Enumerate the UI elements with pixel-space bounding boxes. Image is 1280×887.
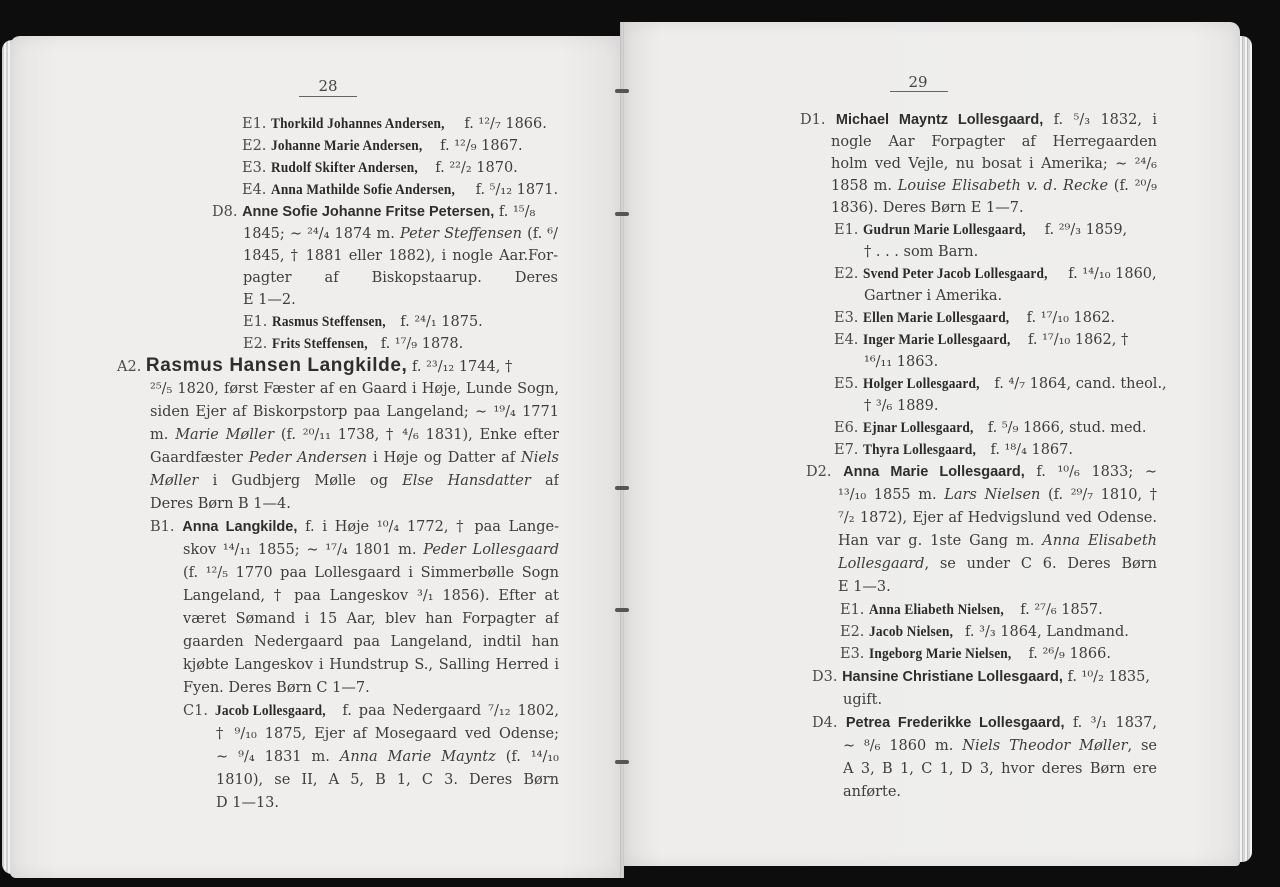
text-line: D 1—13. bbox=[216, 792, 279, 814]
entry-line: E1. Gudrun Marie Lollesgaard, f. ²⁹/₃ 18… bbox=[834, 219, 1127, 241]
binding-stitch bbox=[615, 212, 629, 216]
text-line: Han var g. 1ste Gang m. Anna Elisabeth bbox=[838, 530, 1157, 552]
text-line: 1836). Deres Børn E 1—7. bbox=[831, 197, 1024, 219]
text-line: ugift. bbox=[843, 689, 882, 711]
text-line: været Sømand i 15 Aar, blev han Forpagte… bbox=[183, 608, 559, 630]
page-number-rule bbox=[890, 91, 948, 92]
entry-line: D1. Michael Mayntz Lollesgaard, f. ⁵/₃ 1… bbox=[800, 109, 1157, 131]
entry-line: E7. Thyra Lollesgaard, f. ¹⁸/₄ 1867. bbox=[834, 439, 1073, 461]
text-line: kjøbte Langeskov i Hundstrup S., Salling… bbox=[183, 654, 559, 676]
text-line: ∼ ⁸/₆ 1860 m. Niels Theodor Møller, se bbox=[843, 735, 1157, 757]
entry-line: E6. Ejnar Lollesgaard, f. ⁵/₉ 1866, stud… bbox=[834, 417, 1146, 439]
book-gutter bbox=[620, 22, 624, 878]
text-line: gaarden Nedergaard paa Langeland, indtil… bbox=[183, 631, 559, 653]
binding-stitch bbox=[615, 608, 629, 612]
entry-line: E2. Jacob Nielsen, f. ³/₃ 1864, Landmand… bbox=[840, 621, 1129, 643]
binding-stitch bbox=[615, 89, 629, 93]
text-line: ¹⁶/₁₁ 1863. bbox=[864, 351, 938, 373]
entry-line: E2. Frits Steffensen, f. ¹⁷/₉ 1878. bbox=[243, 333, 463, 355]
text-line: E 1—3. bbox=[838, 576, 891, 598]
text-line: pagter af Biskopstaarup. Deres Børn bbox=[243, 267, 558, 289]
text-line: Langeland, † paa Langeskov ³/₁ 1856). Ef… bbox=[183, 585, 559, 607]
text-line: E 1—2. bbox=[243, 289, 296, 311]
text-line: holm ved Vejle, nu bosat i Amerika; ∼ ²⁴… bbox=[831, 153, 1157, 175]
text-line: 1858 m. Louise Elisabeth v. d. Recke (f.… bbox=[831, 175, 1157, 197]
text-line: m. Marie Møller (f. ²⁰/₁₁ 1738, † ⁴/₆ 18… bbox=[150, 424, 559, 446]
text-line: 1845; ∼ ²⁴/₄ 1874 m. Peter Steffensen (f… bbox=[243, 223, 558, 245]
text-line: ²⁵/₅ 1820, først Fæster af en Gaard i Hø… bbox=[150, 378, 559, 400]
entry-line: D2. Anna Marie Lollesgaard, f. ¹⁰/₆ 1833… bbox=[806, 461, 1157, 483]
text-line: nogle Aar Forpagter af Herregaarden Pete… bbox=[831, 131, 1157, 153]
text-line: skov ¹⁴/₁₁ 1855; ∼ ¹⁷/₄ 1801 m. Peder Lo… bbox=[183, 539, 559, 561]
open-book: 28 E1. Thorkild Johannes Andersen, f. ¹²… bbox=[0, 0, 1280, 887]
text-line: Gaardfæster Peder Andersen i Høje og Dat… bbox=[150, 447, 559, 469]
entry-line: B1. Anna Langkilde, f. i Høje ¹⁰/₄ 1772,… bbox=[150, 516, 559, 538]
entry-line: D8. Anne Sofie Johanne Fritse Petersen, … bbox=[212, 201, 535, 223]
entry-line: E2. Johanne Marie Andersen, f. ¹²/₉ 1867… bbox=[242, 135, 523, 157]
text-line: † ³/₆ 1889. bbox=[864, 395, 939, 417]
entry-line: E3. Ingeborg Marie Nielsen, f. ²⁶/₉ 1866… bbox=[840, 643, 1111, 665]
text-line: Fyen. Deres Børn C 1—7. bbox=[183, 677, 370, 699]
text-line: ⁷/₂ 1872), Ejer af Hedvigslund ved Odens… bbox=[838, 507, 1157, 529]
text-line: † ⁹/₁₀ 1875, Ejer af Mosegaard ved Odens… bbox=[216, 723, 559, 745]
text-line: Lollesgaard, se under C 6. Deres Børn bbox=[838, 553, 1157, 575]
text-line: Møller i Gudbjerg Mølle og Else Hansdatt… bbox=[150, 470, 559, 492]
entry-line: E1. Rasmus Steffensen, f. ²⁴/₁ 1875. bbox=[243, 311, 483, 333]
entry-line: D4. Petrea Frederikke Lollesgaard, f. ³/… bbox=[812, 712, 1157, 734]
entry-line: E4. Inger Marie Lollesgaard, f. ¹⁷/₁₀ 18… bbox=[834, 329, 1128, 351]
text-line: Deres Børn B 1—4. bbox=[150, 493, 291, 515]
binding-stitch bbox=[615, 486, 629, 490]
entry-line: E1. Anna Eliabeth Nielsen, f. ²⁷/₆ 1857. bbox=[840, 599, 1103, 621]
page-number-left: 28 bbox=[298, 77, 358, 95]
text-line: A 3, B 1, C 1, D 3, hvor deres Børn ere bbox=[843, 758, 1157, 780]
entry-line: E3. Ellen Marie Lollesgaard, f. ¹⁷/₁₀ 18… bbox=[834, 307, 1115, 329]
text-line: † . . . som Barn. bbox=[864, 241, 978, 263]
page-number-right: 29 bbox=[888, 73, 948, 91]
entry-line: C1. Jacob Lollesgaard, f. paa Nedergaard… bbox=[183, 700, 559, 722]
text-line: ∼ ⁹/₄ 1831 m. Anna Marie Mayntz (f. ¹⁴/₁… bbox=[216, 746, 559, 768]
text-line: 1845, † 1881 eller 1882), i nogle Aar.Fo… bbox=[243, 245, 558, 267]
entry-line: E5. Holger Lollesgaard, f. ⁴/₇ 1864, can… bbox=[834, 373, 1167, 395]
text-line: (f. ¹²/₅ 1770 paa Lollesgaard i Simmerbø… bbox=[183, 562, 559, 584]
entry-line: E1. Thorkild Johannes Andersen, f. ¹²/₇ … bbox=[242, 113, 547, 135]
entry-line: E2. Svend Peter Jacob Lollesgaard, f. ¹⁴… bbox=[834, 263, 1157, 285]
entry-line: E3. Rudolf Skifter Andersen, f. ²²/₂ 187… bbox=[242, 157, 518, 179]
entry-line: E4. Anna Mathilde Sofie Andersen, f. ⁵/₁… bbox=[242, 179, 558, 201]
entry-line: D3. Hansine Christiane Lollesgaard, f. ¹… bbox=[812, 666, 1150, 688]
text-line: ¹³/₁₀ 1855 m. Lars Nielsen (f. ²⁹/₇ 1810… bbox=[838, 484, 1157, 506]
text-line: siden Ejer af Biskorpstorp paa Langeland… bbox=[150, 401, 559, 423]
binding-stitch bbox=[615, 760, 629, 764]
entry-line-heading: A2. Rasmus Hansen Langkilde, f. ²³/₁₂ 17… bbox=[117, 355, 512, 378]
text-line: anførte. bbox=[843, 781, 901, 803]
page-number-rule bbox=[299, 96, 357, 97]
text-line: Gartner i Amerika. bbox=[864, 285, 1002, 307]
right-page-edges bbox=[1238, 36, 1252, 862]
text-line: 1810), se II, A 5, B 1, C 3. Deres Børn bbox=[216, 769, 559, 791]
